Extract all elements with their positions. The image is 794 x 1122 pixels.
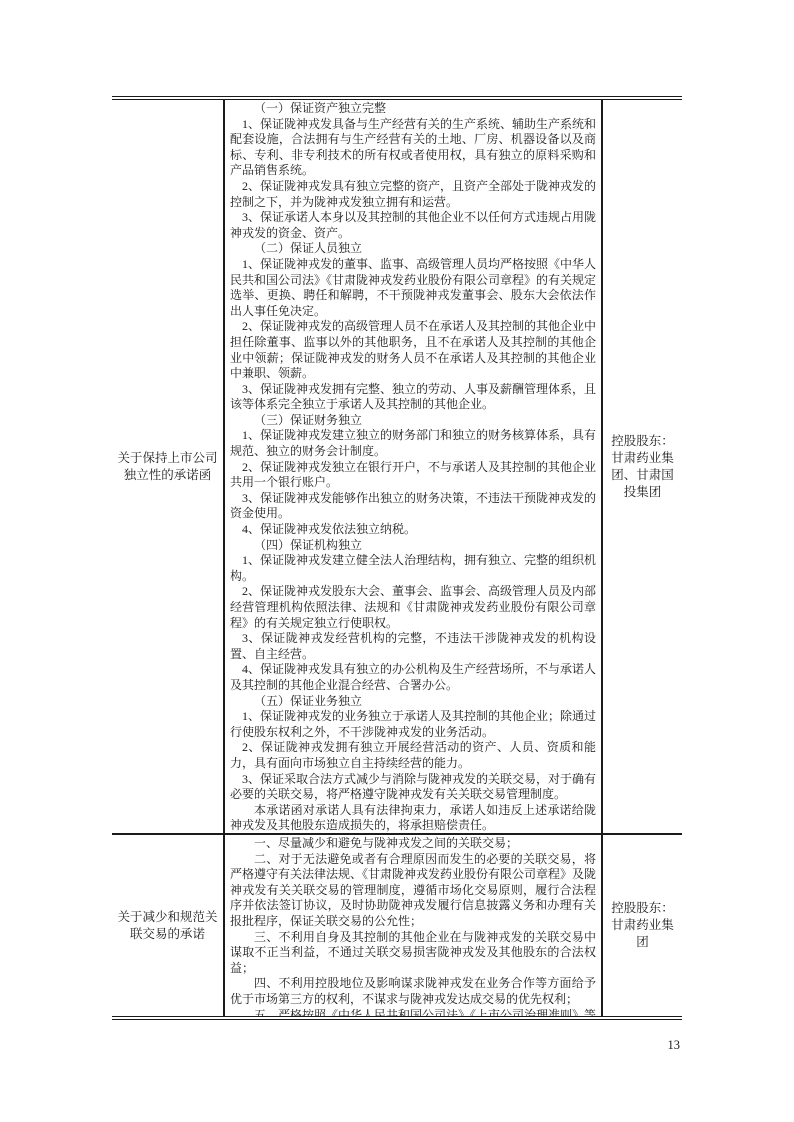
paragraph: 1、保证陇神戎发具备与生产经营有关的生产系统、辅助生产系统和配套设施，合法拥有与…: [230, 117, 596, 179]
paragraph: 3、保证陇神戎发经营机构的完整，不违法干涉陇神戎发的机构设置、自主经营。: [230, 631, 596, 662]
paragraph: （三）保证财务独立: [230, 413, 596, 429]
paragraph: （一）保证资产独立完整: [230, 101, 596, 117]
paragraph: 2、保证陇神戎发具有独立完整的资产，且资产全部处于陇神戎发的控制之下，并为陇神戎…: [230, 179, 596, 210]
commitment-title: 关于减少和规范关联交易的承诺: [116, 909, 219, 943]
paragraph: 2、保证陇神戎发拥有独立开展经营活动的资产、人员、资质和能力，具有面向市场独立自…: [230, 740, 596, 771]
document-page: 关于保持上市公司独立性的承诺函 （一）保证资产独立完整1、保证陇神戎发具备与生产…: [0, 0, 794, 1122]
paragraph: 2、保证陇神戎发独立在银行开户，不与承诺人及其控制的其他企业共用一个银行账户。: [230, 460, 596, 491]
paragraph: 2、保证陇神戎发的高级管理人员不在承诺人及其控制的其他企业中担任除董事、监事以外…: [230, 319, 596, 381]
paragraph: 二、对于无法避免或者有合理原因而发生的必要的关联交易，将严格遵守有关法律法规、《…: [230, 852, 596, 930]
table-row: 关于减少和规范关联交易的承诺 一、尽量减少和避免与陇神戎发之间的关联交易；二、对…: [112, 833, 682, 1016]
paragraph: 1、保证陇神戎发建立健全法人治理结构，拥有独立、完整的组织机构。: [230, 553, 596, 584]
paragraph: 3、保证采取合法方式减少与消除与陇神戎发的关联交易，对于确有必要的关联交易，将严…: [230, 772, 596, 803]
paragraph: 本承诺函对承诺人具有法律拘束力，承诺人如违反上述承诺给陇神戎发及其他股东造成损失…: [230, 803, 596, 833]
paragraph: 4、保证陇神戎发具有独立的办公机构及生产经营场所，不与承诺人及其控制的其他企业混…: [230, 662, 596, 693]
paragraph: 1、保证陇神戎发的业务独立于承诺人及其控制的其他企业；除通过行使股东权利之外，不…: [230, 709, 596, 740]
commitment-party-cell: 控股股东：甘肃药业集团: [603, 835, 682, 1016]
paragraph: 五、严格按照《中华人民共和国公司法》《上市公司治理准则》等法律法规以及《甘肃陇神…: [230, 1008, 596, 1016]
paragraph: 四、不利用控股地位及影响谋求陇神戎发在业务合作等方面给予优于市场第三方的权利，不…: [230, 976, 596, 1007]
commitment-party: 控股股东：甘肃药业集团、甘肃国投集团: [610, 433, 676, 501]
paragraph: （四）保证机构独立: [230, 538, 596, 554]
paragraph: （五）保证业务独立: [230, 694, 596, 710]
paragraph: 一、尽量减少和避免与陇神戎发之间的关联交易；: [230, 836, 596, 852]
commitment-content-cell: 一、尽量减少和避免与陇神戎发之间的关联交易；二、对于无法避免或者有合理原因而发生…: [225, 835, 603, 1016]
paragraph: 1、保证陇神戎发的董事、监事、高级管理人员均严格按照《中华人民共和国公司法》《甘…: [230, 257, 596, 319]
paragraph: 3、保证陇神戎发拥有完整、独立的劳动、人事及薪酬管理体系，且该等体系完全独立于承…: [230, 382, 596, 413]
commitment-title-cell: 关于减少和规范关联交易的承诺: [112, 835, 225, 1016]
commitment-title: 关于保持上市公司独立性的承诺函: [116, 450, 219, 484]
paragraph: 4、保证陇神戎发依法独立纳税。: [230, 522, 596, 538]
table-row: 关于保持上市公司独立性的承诺函 （一）保证资产独立完整1、保证陇神戎发具备与生产…: [112, 100, 682, 833]
commitment-content-cell: （一）保证资产独立完整1、保证陇神戎发具备与生产经营有关的生产系统、辅助生产系统…: [225, 100, 603, 833]
paragraph: 三、不利用自身及其控制的其他企业在与陇神戎发的关联交易中谋取不正当利益，不通过关…: [230, 930, 596, 977]
commitment-title-cell: 关于保持上市公司独立性的承诺函: [112, 100, 225, 833]
paragraph: 3、保证承诺人本身以及其控制的其他企业不以任何方式违规占用陇神戎发的资金、资产。: [230, 210, 596, 241]
paragraph: 1、保证陇神戎发建立独立的财务部门和独立的财务核算体系，具有规范、独立的财务会计…: [230, 428, 596, 459]
commitment-party: 控股股东：甘肃药业集团: [610, 900, 676, 951]
commitments-table: 关于保持上市公司独立性的承诺函 （一）保证资产独立完整1、保证陇神戎发具备与生产…: [112, 96, 682, 1020]
paragraph: （二）保证人员独立: [230, 241, 596, 257]
paragraph: 2、保证陇神戎发股东大会、董事会、监事会、高级管理人员及内部经营管理机构依照法律…: [230, 584, 596, 631]
page-number: 13: [640, 1038, 680, 1053]
commitment-party-cell: 控股股东：甘肃药业集团、甘肃国投集团: [603, 100, 682, 833]
paragraph: 3、保证陇神戎发能够作出独立的财务决策，不违法干预陇神戎发的资金使用。: [230, 491, 596, 522]
